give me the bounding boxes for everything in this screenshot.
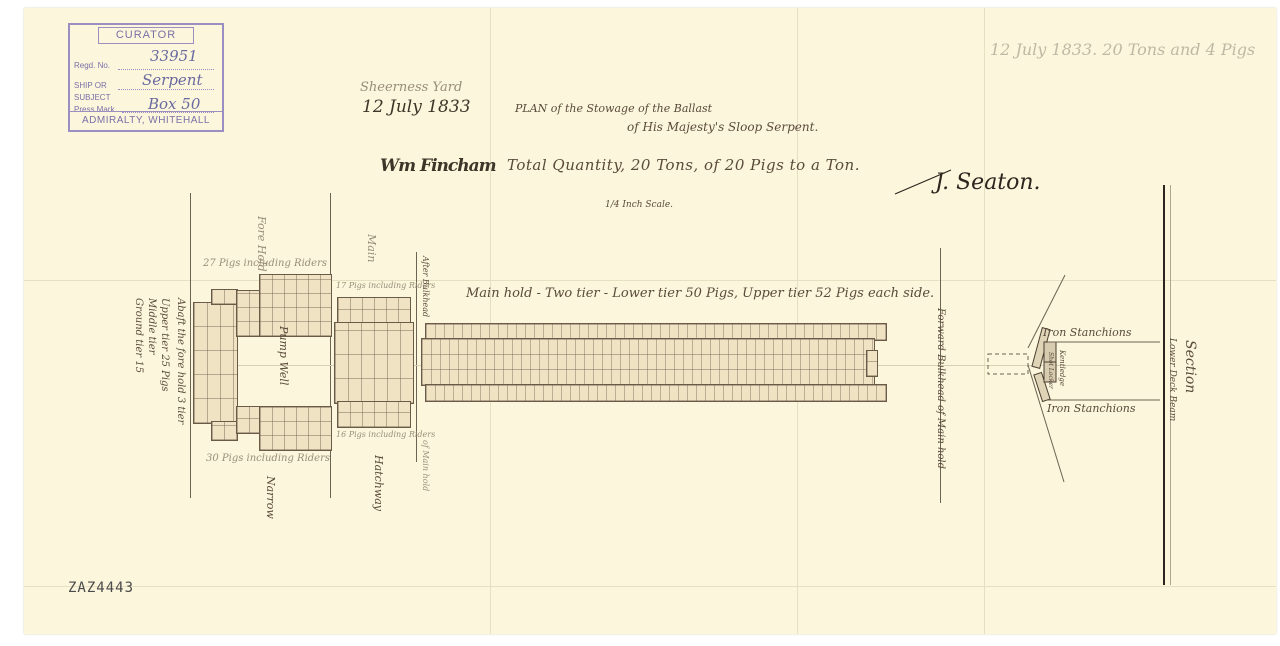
signature-fincham: Wm Fincham <box>380 156 496 176</box>
after-bulkhead-label: After Bulkhead <box>421 256 430 317</box>
frame-line <box>330 193 331 498</box>
left-note-2: Upper tier 25 Pigs <box>159 298 170 392</box>
ballast-block-fore-left <box>193 302 238 424</box>
margin-note: 12 July 1833. 20 Tons and 4 Pigs <box>990 40 1255 59</box>
left-note-3: Middle tier <box>146 298 157 354</box>
ballast-block-fore-top <box>259 274 332 337</box>
ballast-block-main-bottom <box>337 401 411 428</box>
ballast-block-main-top <box>337 297 411 325</box>
main-hold-caption: Main hold - Two tier - Lower tier 50 Pig… <box>466 286 934 301</box>
ship-value: Serpent <box>142 71 203 89</box>
title-line-2: of His Majesty's Sloop Serpent. <box>627 120 818 134</box>
ballast-block-main-centre <box>334 322 414 404</box>
lower-deck-beam-label: Lower Deck Beam <box>1167 338 1177 421</box>
stamp-footer: ADMIRALTY, WHITEHALL <box>70 111 222 130</box>
dotted-line <box>118 89 214 90</box>
fold-line <box>797 8 798 634</box>
main-hold-upper-tier-bottom <box>425 384 887 402</box>
main-label: Main <box>365 234 378 262</box>
fore-bottom-count: 30 Pigs including Riders <box>206 453 330 464</box>
ship-label-2: SUBJECT <box>74 93 110 103</box>
fold-line <box>490 8 491 634</box>
of-main-hold-label: of Main hold <box>421 440 430 491</box>
frame-line <box>190 193 191 498</box>
fold-line <box>24 586 1276 587</box>
plan-date: 12 July 1833 <box>362 97 471 117</box>
ship-label-1: SHIP OR <box>74 81 107 91</box>
title-line-1: PLAN of the Stowage of the Ballast <box>515 102 712 115</box>
main-hold-lower-tier <box>421 338 875 386</box>
regd-label: Regd. No. <box>74 61 110 71</box>
lower-deck-beam-line <box>1163 185 1165 585</box>
iron-stanchions-bottom: Iron Stanchions <box>1047 402 1136 415</box>
iron-stanchions-top: Iron Stanchions <box>1043 326 1132 339</box>
approval-line: Sheerness Yard <box>360 80 462 95</box>
scale-note: 1/4 Inch Scale. <box>605 200 673 210</box>
ballast-block <box>211 289 238 305</box>
left-note-4: Ground tier 15 <box>133 298 144 373</box>
signature-flourish <box>893 168 953 198</box>
ballast-block <box>866 350 878 377</box>
forward-bulkhead-label: Forward Bulkhead of Main hold <box>935 308 946 469</box>
dotted-line <box>118 69 214 70</box>
fore-lower-label: Narrow <box>264 476 277 519</box>
ballast-block-fore-bottom <box>259 406 332 451</box>
reference-number: ZAZ4443 <box>68 580 134 596</box>
section-label: Section <box>1182 340 1198 393</box>
stamp-header: CURATOR <box>98 27 194 44</box>
ballast-block <box>211 421 238 441</box>
pump-well-label: Pump Well <box>277 326 290 385</box>
kentledge-label: Kentledge <box>1058 350 1066 386</box>
hatchway-label: Hatchway <box>372 455 385 511</box>
section-detail-drawing <box>980 270 1160 500</box>
fore-top-count: 27 Pigs including Riders <box>203 258 327 269</box>
left-note-1: Abaft the fore hold 3 tier <box>175 298 186 424</box>
curator-stamp: CURATOR Regd. No. 33951 SHIP OR SUBJECT … <box>68 23 224 132</box>
shot-locker-label: Shot Locker <box>1047 352 1054 389</box>
regd-value: 33951 <box>150 47 198 65</box>
main-bottom-count: 16 Pigs including Riders <box>336 430 435 439</box>
total-quantity: Total Quantity, 20 Tons, of 20 Pigs to a… <box>507 156 860 174</box>
